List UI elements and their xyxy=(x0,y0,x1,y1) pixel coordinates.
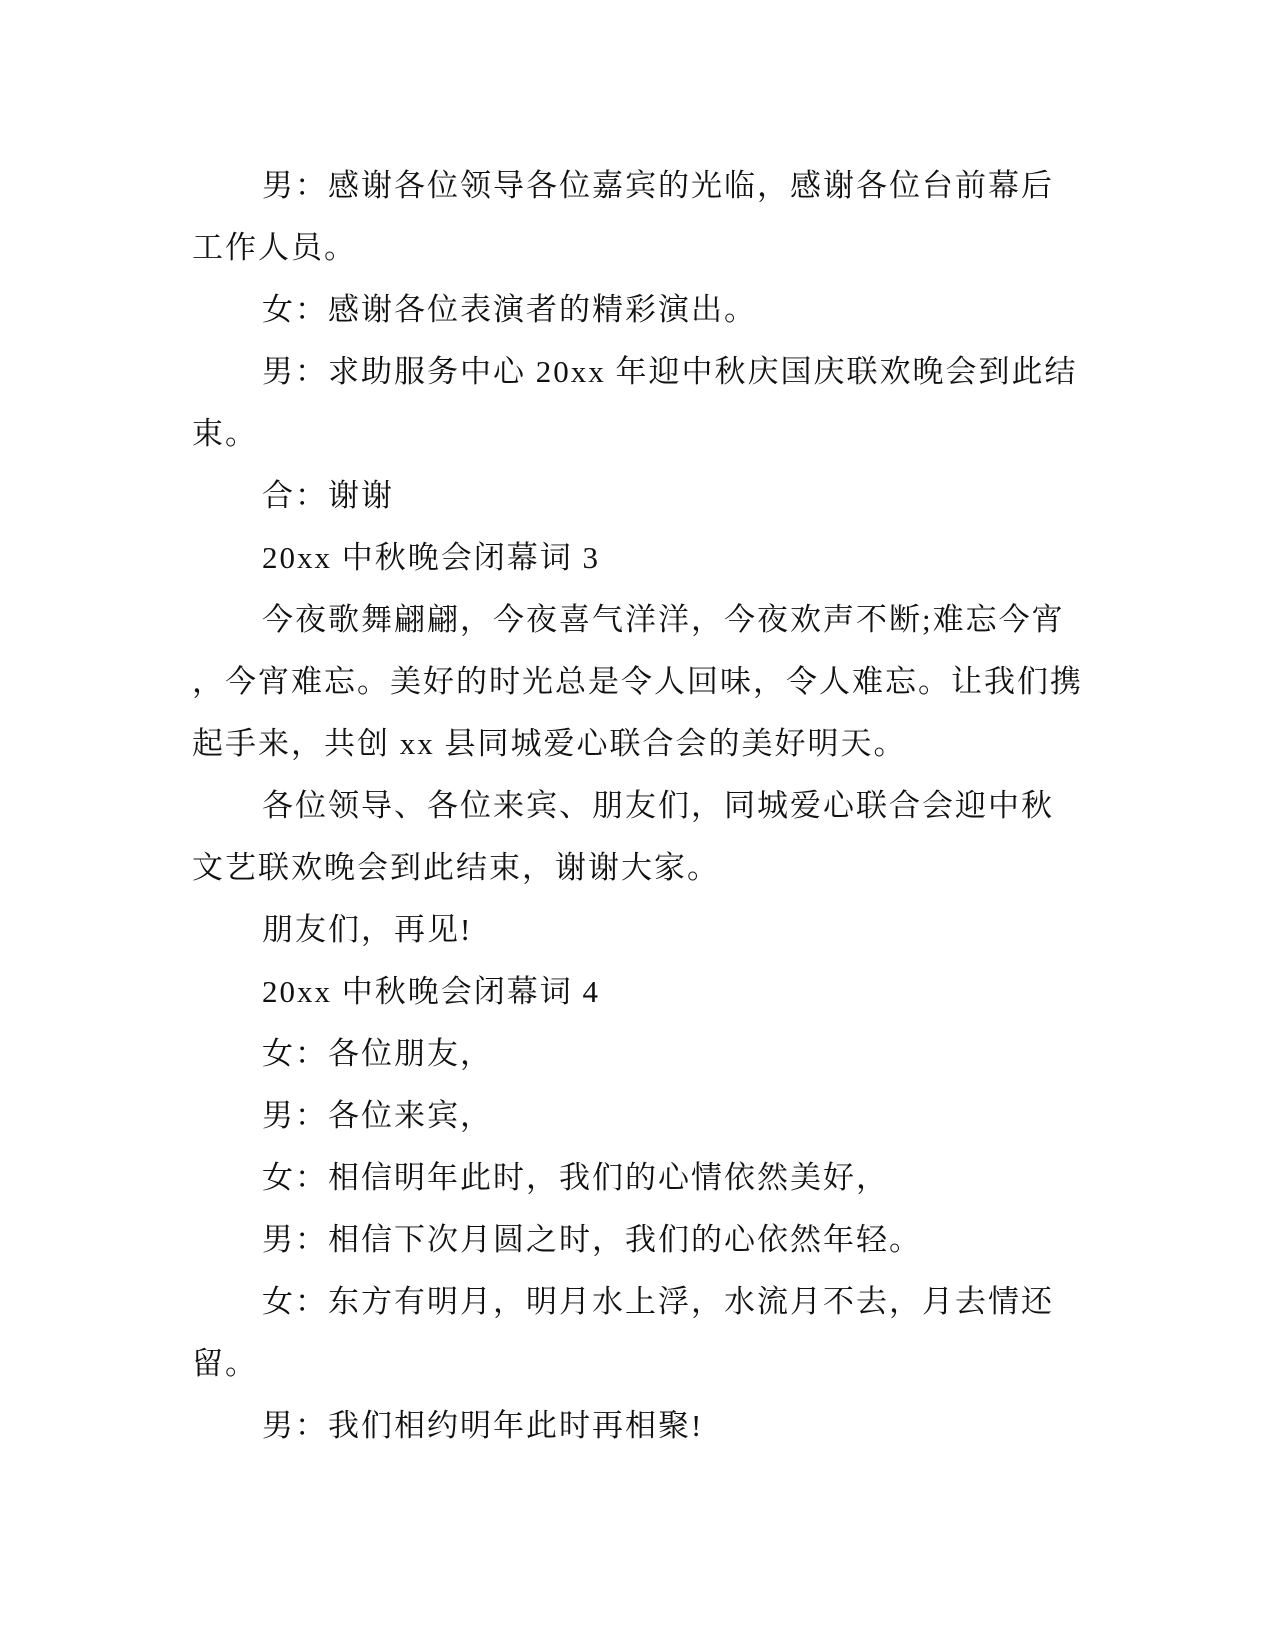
text-line: 文艺联欢晚会到此结束，谢谢大家。 xyxy=(192,837,1092,899)
text-line: 起手来，共创 xx 县同城爱心联合会的美好明天。 xyxy=(192,713,1092,775)
text-line: ，今宵难忘。美好的时光总是令人回味，令人难忘。让我们携 xyxy=(192,651,1092,713)
text-line: 束。 xyxy=(192,403,1092,465)
text-line: 男：求助服务中心 20xx 年迎中秋庆国庆联欢晚会到此结 xyxy=(192,341,1092,403)
section-heading: 20xx 中秋晚会闭幕词 4 xyxy=(192,961,1092,1023)
text-line: 朋友们，再见! xyxy=(192,899,1092,961)
section-heading: 20xx 中秋晚会闭幕词 3 xyxy=(192,527,1092,589)
text-line: 男：感谢各位领导各位嘉宾的光临，感谢各位台前幕后 xyxy=(192,155,1092,217)
text-line: 工作人员。 xyxy=(192,217,1092,279)
document-page: 男：感谢各位领导各位嘉宾的光临，感谢各位台前幕后 工作人员。 女：感谢各位表演者… xyxy=(0,0,1275,1650)
text-line: 男：相信下次月圆之时，我们的心依然年轻。 xyxy=(192,1209,1092,1271)
text-line: 男：我们相约明年此时再相聚! xyxy=(192,1395,1092,1457)
text-line: 各位领导、各位来宾、朋友们，同城爱心联合会迎中秋 xyxy=(192,775,1092,837)
text-line: 留。 xyxy=(192,1333,1092,1395)
text-line: 今夜歌舞翩翩，今夜喜气洋洋，今夜欢声不断;难忘今宵 xyxy=(192,589,1092,651)
text-line: 女：感谢各位表演者的精彩演出。 xyxy=(192,279,1092,341)
document-body: 男：感谢各位领导各位嘉宾的光临，感谢各位台前幕后 工作人员。 女：感谢各位表演者… xyxy=(192,155,1092,1457)
text-line: 男：各位来宾， xyxy=(192,1085,1092,1147)
text-line: 女：各位朋友， xyxy=(192,1023,1092,1085)
text-line: 合：谢谢 xyxy=(192,465,1092,527)
text-line: 女：东方有明月，明月水上浮，水流月不去，月去情还 xyxy=(192,1271,1092,1333)
text-line: 女：相信明年此时，我们的心情依然美好， xyxy=(192,1147,1092,1209)
